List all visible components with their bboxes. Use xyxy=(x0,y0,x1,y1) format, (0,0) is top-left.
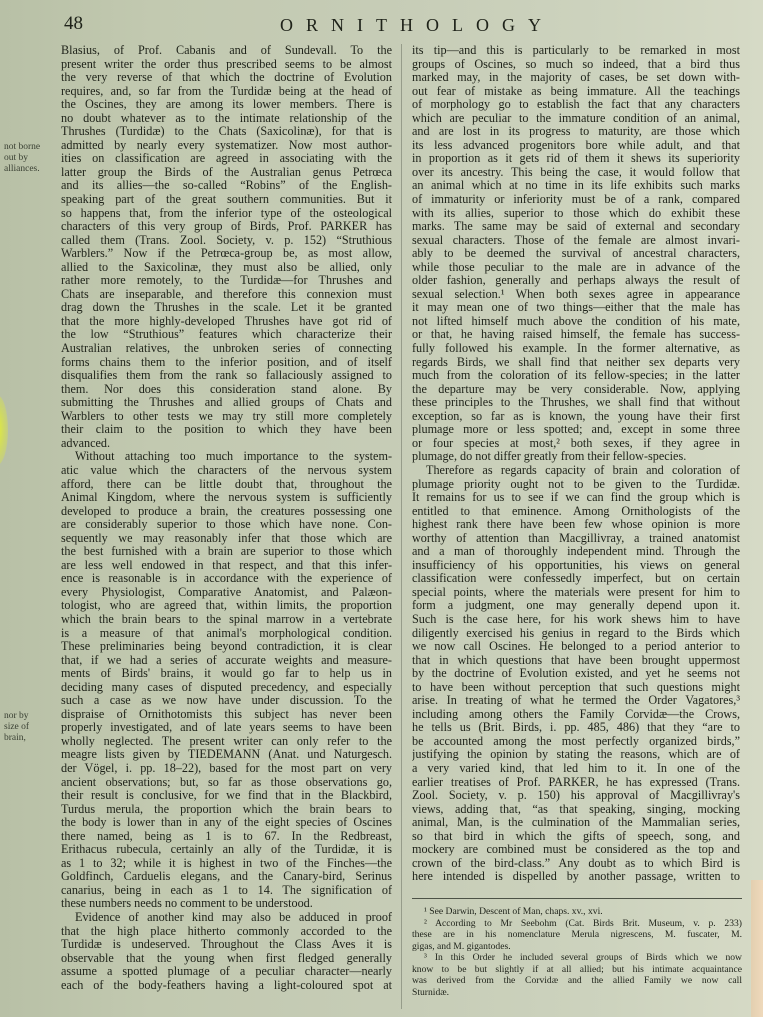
text-line: every Physiologist, Comparative Anatomis… xyxy=(61,586,392,600)
text-line: over its ancestry. This being the case, … xyxy=(412,166,740,180)
text-line: plumage more or less spotted; and, excep… xyxy=(412,423,740,437)
text-line: there named, being as 1 is to 67. In the… xyxy=(61,830,392,844)
text-line: and a man of thoroughly independent mind… xyxy=(412,545,740,559)
text-line: and its allies—the so-called “Robins” of… xyxy=(61,179,392,193)
text-line: is a measure of that animal's morphologi… xyxy=(61,627,392,641)
text-line: sexual characters. Those of the female a… xyxy=(412,234,740,248)
text-line: a very varied kind, that led him to it. … xyxy=(412,762,740,776)
text-line: diligently exercised his genius in regar… xyxy=(412,627,740,641)
text-line: earlier treatises of Prof. PARKER, he ha… xyxy=(412,776,740,790)
text-line: classification were confessedly imperfec… xyxy=(412,572,740,586)
text-line: marks. The same may be said of external … xyxy=(412,220,740,234)
text-line: present writer the order thus prescribed… xyxy=(61,58,392,72)
text-line: ably to be deemed the survival of ancest… xyxy=(412,247,740,261)
text-line: groups of Oscines, so much so indeed, th… xyxy=(412,58,740,72)
text-line: animal, Man, is the culmination of the M… xyxy=(412,816,740,830)
text-line: requires, and, so far from the Turdidæ b… xyxy=(61,85,392,99)
text-line: their result is conclusive, for we find … xyxy=(61,789,392,803)
right-column-text: its tip—and this is particularly to be r… xyxy=(412,44,740,884)
text-line: it may mean one of two things—either tha… xyxy=(412,301,740,315)
text-line: disqualifies them from the rank so falla… xyxy=(61,369,392,383)
text-line: to have been without perception that suc… xyxy=(412,681,740,695)
text-line: of morphology go to establish the fact t… xyxy=(412,98,740,112)
text-line: out fear of mistake as being immature. A… xyxy=(412,85,740,99)
footnote-rule xyxy=(412,898,742,899)
text-line: no doubt whatever as to the intimate rel… xyxy=(61,112,392,126)
text-line: afford, there can be little doubt that, … xyxy=(61,478,392,492)
text-line: insufficiency of his opportunities, his … xyxy=(412,559,740,573)
text-line: including among others the Family Corvid… xyxy=(412,708,740,722)
text-line: Blasius, of Prof. Cabanis and of Sundeva… xyxy=(61,44,392,58)
text-line: canarius, being in each as 1 to 14. The … xyxy=(61,884,392,898)
left-column-text: Blasius, of Prof. Cabanis and of Sundeva… xyxy=(61,44,392,992)
text-line: drag down the Thrushes in the scale. Let… xyxy=(61,301,392,315)
text-line: crown of the bird-class.” Any doubt as t… xyxy=(412,857,740,871)
text-line: entitled to that eminence. Among Ornitho… xyxy=(412,505,740,519)
text-line: Animal Kingdom, where the nervous system… xyxy=(61,491,392,505)
text-line: these principles to the Thrushes, we sha… xyxy=(412,396,740,410)
footnote-3-line: was derived from the Corvidæ and the all… xyxy=(412,975,742,987)
text-line: Turdidæ is undeserved. Throughout the Cl… xyxy=(61,938,392,952)
text-line: submitting the Thrushes and allied group… xyxy=(61,396,392,410)
text-line: the departure may be very considerable. … xyxy=(412,383,740,397)
text-line: ments of Birds' brains, it would go far … xyxy=(61,667,392,681)
text-line: exception, so far as is known, the young… xyxy=(412,410,740,424)
footnote-1-line: ¹ See Darwin, Descent of Man, chaps. xv.… xyxy=(412,906,742,918)
text-line: much from the coloration of its fellow-s… xyxy=(412,369,740,383)
text-line: be accounted among the most perfectly or… xyxy=(412,735,740,749)
text-line: its tip—and this is particularly to be r… xyxy=(412,44,740,58)
text-line: regards Birds, we shall find that neithe… xyxy=(412,356,740,370)
text-line: fully followed his example. In the forme… xyxy=(412,342,740,356)
text-line: each of the body-feathers having a light… xyxy=(61,979,392,993)
text-line: allied to the Saxicolinæ, they must also… xyxy=(61,261,392,275)
text-line: form a judgment, one may generally depen… xyxy=(412,599,740,613)
text-line: wholly neglected. The present writer can… xyxy=(61,735,392,749)
text-line: while those peculiar to the male are in … xyxy=(412,261,740,275)
text-line: so happens that, from the inferior type … xyxy=(61,207,392,221)
text-line: special points, where the materials were… xyxy=(412,586,740,600)
text-line: he tells us (Brit. Birds, i. pp. 485, 48… xyxy=(412,721,740,735)
text-line: Thrushes (Turdidæ) to the Chats (Saxicol… xyxy=(61,125,392,139)
text-line: atic value which the characters of the n… xyxy=(61,464,392,478)
text-line: that, if we had a series of accurate wei… xyxy=(61,654,392,668)
text-line: views, adding that, “as that speaking, s… xyxy=(412,803,740,817)
text-line: by the doctrine of Evolution existed, an… xyxy=(412,667,740,681)
text-line: the low “Struthious” features which char… xyxy=(61,328,392,342)
text-line: characters of this very group of Birds, … xyxy=(61,220,392,234)
text-line: Warblers to other tests we may try still… xyxy=(61,410,392,424)
text-line: as 1 to 32; while it is highest in two o… xyxy=(61,857,392,871)
text-line: its less advanced progenitors bore while… xyxy=(412,139,740,153)
text-line: so that bird in which the gifts of speec… xyxy=(412,830,740,844)
text-line: here intended is dispelled by another pa… xyxy=(412,870,740,884)
text-line: with its allies, superior to those which… xyxy=(412,207,740,221)
text-line: or four species at most,² both sexes, if… xyxy=(412,437,740,451)
text-line: Chats are inseparable, and therefore thi… xyxy=(61,288,392,302)
text-line: sequently we may reasonably infer that t… xyxy=(61,532,392,546)
text-line: these numbers needs no comment to be und… xyxy=(61,897,392,911)
text-line: developed to produce a brain, the creatu… xyxy=(61,505,392,519)
text-line: advanced. xyxy=(61,437,392,451)
text-line: ence is reasonable is in accordance with… xyxy=(61,572,392,586)
text-line: older fashion, generally and perhaps alw… xyxy=(412,274,740,288)
text-line: forms chains them to the inferior positi… xyxy=(61,356,392,370)
text-line: the best furnished with a brain are supe… xyxy=(61,545,392,559)
text-line: plumage priority ought not to be given t… xyxy=(412,478,740,492)
text-line: sexual selection.¹ When both sexes agree… xyxy=(412,288,740,302)
text-line: assume a spotted plumage of a peculiar c… xyxy=(61,965,392,979)
scan-light-artifact xyxy=(0,395,8,465)
text-line: latter group the Birds of the Australian… xyxy=(61,166,392,180)
text-line: worthy of attention than Macgillivray, a… xyxy=(412,532,740,546)
text-line: we now call Oscines. He belonged to a pe… xyxy=(412,640,740,654)
text-line: that the high place hitherto commonly ac… xyxy=(61,925,392,939)
text-line: Warblers.” Now if the Petrœca-group be, … xyxy=(61,247,392,261)
text-line: Goldfinch, Carduelis elegans, and the Ca… xyxy=(61,870,392,884)
text-line: not lifted himself much above the condit… xyxy=(412,315,740,329)
text-line: are considerably superior to those which… xyxy=(61,518,392,532)
footnote-3-line: Sturnidæ. xyxy=(412,987,742,999)
text-line: in proportion as it gets rid of them it … xyxy=(412,152,740,166)
text-line: These preliminaries being beyond contrad… xyxy=(61,640,392,654)
text-line: deciding many cases of disputed preceden… xyxy=(61,681,392,695)
footnote-2-line: gigas, and M. gigantodes. xyxy=(412,941,742,953)
text-line: are less well endowed in that respect, a… xyxy=(61,559,392,573)
text-line: Therefore as regards capacity of brain a… xyxy=(412,464,740,478)
text-line: Australian relatives, the unbroken serie… xyxy=(61,342,392,356)
footnote-2-line: these are in his nomenclature Merula nig… xyxy=(412,929,742,941)
side-note-brain: nor by size of brain, xyxy=(4,711,29,744)
page-edge-strip xyxy=(751,880,763,1017)
text-line: properly investigated, and of late years… xyxy=(61,721,392,735)
running-head: ORNITHOLOGY xyxy=(280,15,554,36)
text-line: an animal which at no time in its life e… xyxy=(412,179,740,193)
text-line: admitted by nearly every systematizer. N… xyxy=(61,139,392,153)
text-line: that the more highly-developed Thrushes … xyxy=(61,315,392,329)
text-line: Evidence of another kind may also be add… xyxy=(61,911,392,925)
text-line: which are peculiar to the immature condi… xyxy=(412,112,740,126)
side-note-alliances: not borne out by alliances. xyxy=(4,142,40,175)
text-line: tologist, who are agreed that, within li… xyxy=(61,599,392,613)
text-line: Turdus merula, the proportion which the … xyxy=(61,803,392,817)
text-line: of immaturity or inferiority must be of … xyxy=(412,193,740,207)
text-line: meagre lists given by TIEDEMANN (Anat. u… xyxy=(61,748,392,762)
text-line: or that, he having raised himself, the f… xyxy=(412,328,740,342)
text-line: them. Nor does this consideration stand … xyxy=(61,383,392,397)
text-line: the very reverse of that which the doctr… xyxy=(61,71,392,85)
text-line: plumage, do not differ greatly from thei… xyxy=(412,450,740,464)
text-line: justifying the opinion by stating the re… xyxy=(412,748,740,762)
text-line: Zool. Society, v. p. 150) his approval o… xyxy=(412,789,740,803)
text-line: which the brain bears to the spinal marr… xyxy=(61,613,392,627)
text-line: der Vögel, i. pp. 18–22), based for the … xyxy=(61,762,392,776)
text-line: ancient observations; but, so far as tho… xyxy=(61,776,392,790)
text-line: arise. In treating of what he termed the… xyxy=(412,694,740,708)
text-line: ities on classification are agreed in as… xyxy=(61,152,392,166)
text-line: Erithacus rubecula, certainly an ally of… xyxy=(61,843,392,857)
text-line: highest rank there have been few whose o… xyxy=(412,518,740,532)
text-line: and are lost in its progress to maturity… xyxy=(412,125,740,139)
text-line: Without attaching too much importance to… xyxy=(61,450,392,464)
text-line: It remains for us to see if we can find … xyxy=(412,491,740,505)
text-line: that in which questions that have been b… xyxy=(412,654,740,668)
text-line: such a case as we now have under discuss… xyxy=(61,694,392,708)
text-line: Such is the case here, for his work shew… xyxy=(412,613,740,627)
text-line: their claim to the position to which the… xyxy=(61,423,392,437)
text-line: dispraise of Ornithotomists this subject… xyxy=(61,708,392,722)
footnotes: ¹ See Darwin, Descent of Man, chaps. xv.… xyxy=(412,906,742,998)
text-line: the body is lower than in any of the eig… xyxy=(61,816,392,830)
text-line: called them (Trans. Zool. Society, v. p.… xyxy=(61,234,392,248)
text-line: the Oscines, they are among its lower me… xyxy=(61,98,392,112)
text-line: marked may, in the majority of cases, be… xyxy=(412,71,740,85)
text-line: rather more remotely, to the Turdidæ—for… xyxy=(61,274,392,288)
footnote-3-line: know to be but slightly if at all allied… xyxy=(412,964,742,976)
column-divider xyxy=(401,44,402,1009)
text-line: observable that the young when first fle… xyxy=(61,952,392,966)
text-line: mockery are combined must be considered … xyxy=(412,843,740,857)
text-line: speaking part of the great southern comm… xyxy=(61,193,392,207)
footnote-3-line: ³ In this Order he included several grou… xyxy=(412,952,742,964)
page-number: 48 xyxy=(64,13,83,35)
footnote-2-line: ² According to Mr Seebohm (Cat. Birds Br… xyxy=(412,918,742,930)
